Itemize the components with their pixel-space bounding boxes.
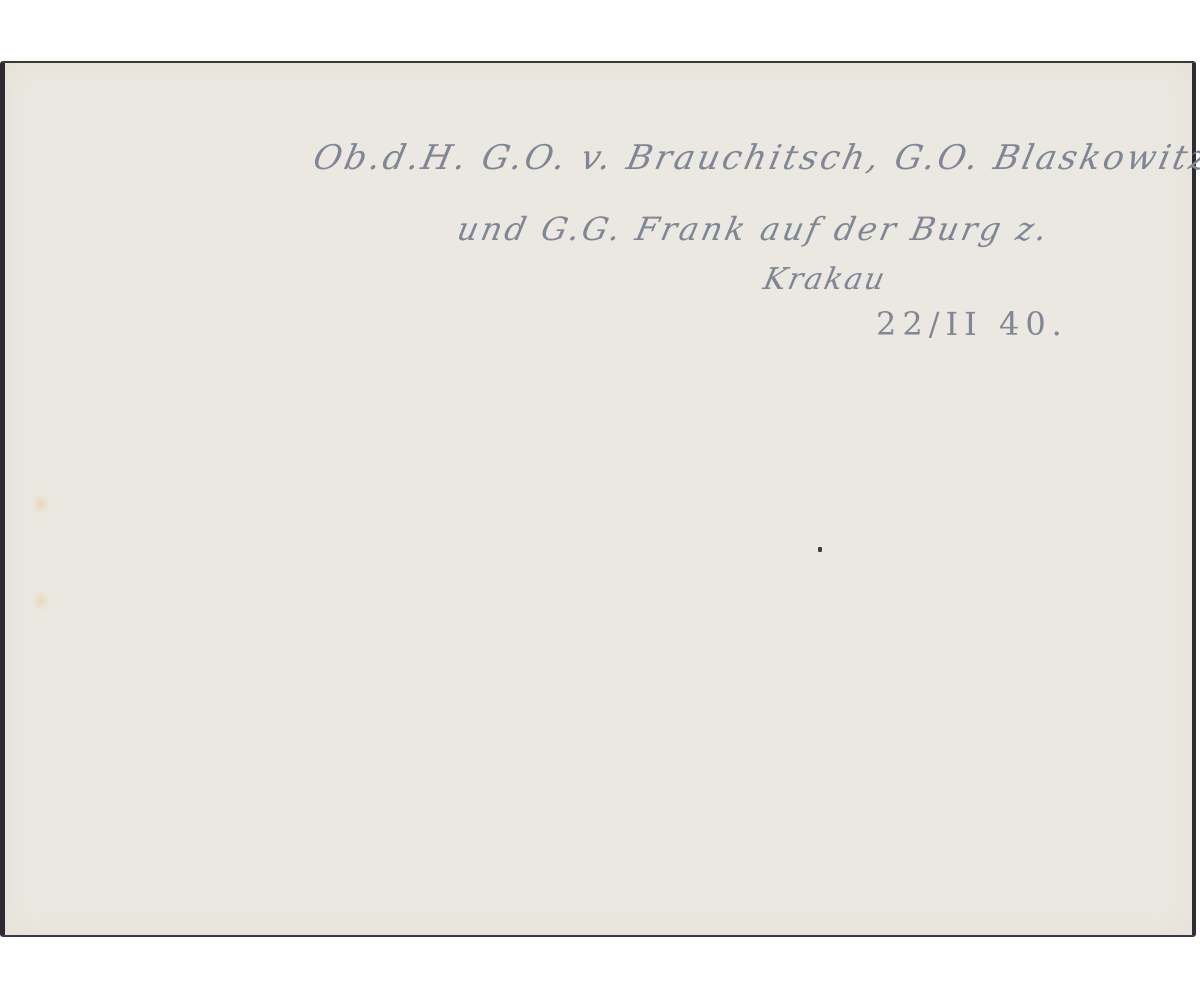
caption-line-3: Krakau xyxy=(760,262,889,297)
ink-speck xyxy=(818,547,822,552)
page: Ob.d.H. G.O. v. Brauchitsch, G.O. Blasko… xyxy=(0,0,1200,1000)
caption-line-2: und G.G. Frank auf der Burg z. xyxy=(454,210,1054,248)
photo-card-back xyxy=(0,61,1196,937)
caption-date: 22/II 40. xyxy=(876,305,1068,343)
paper-stain xyxy=(32,590,50,612)
paper-stain xyxy=(32,493,50,515)
caption-line-1: Ob.d.H. G.O. v. Brauchitsch, G.O. Blasko… xyxy=(310,138,1200,178)
